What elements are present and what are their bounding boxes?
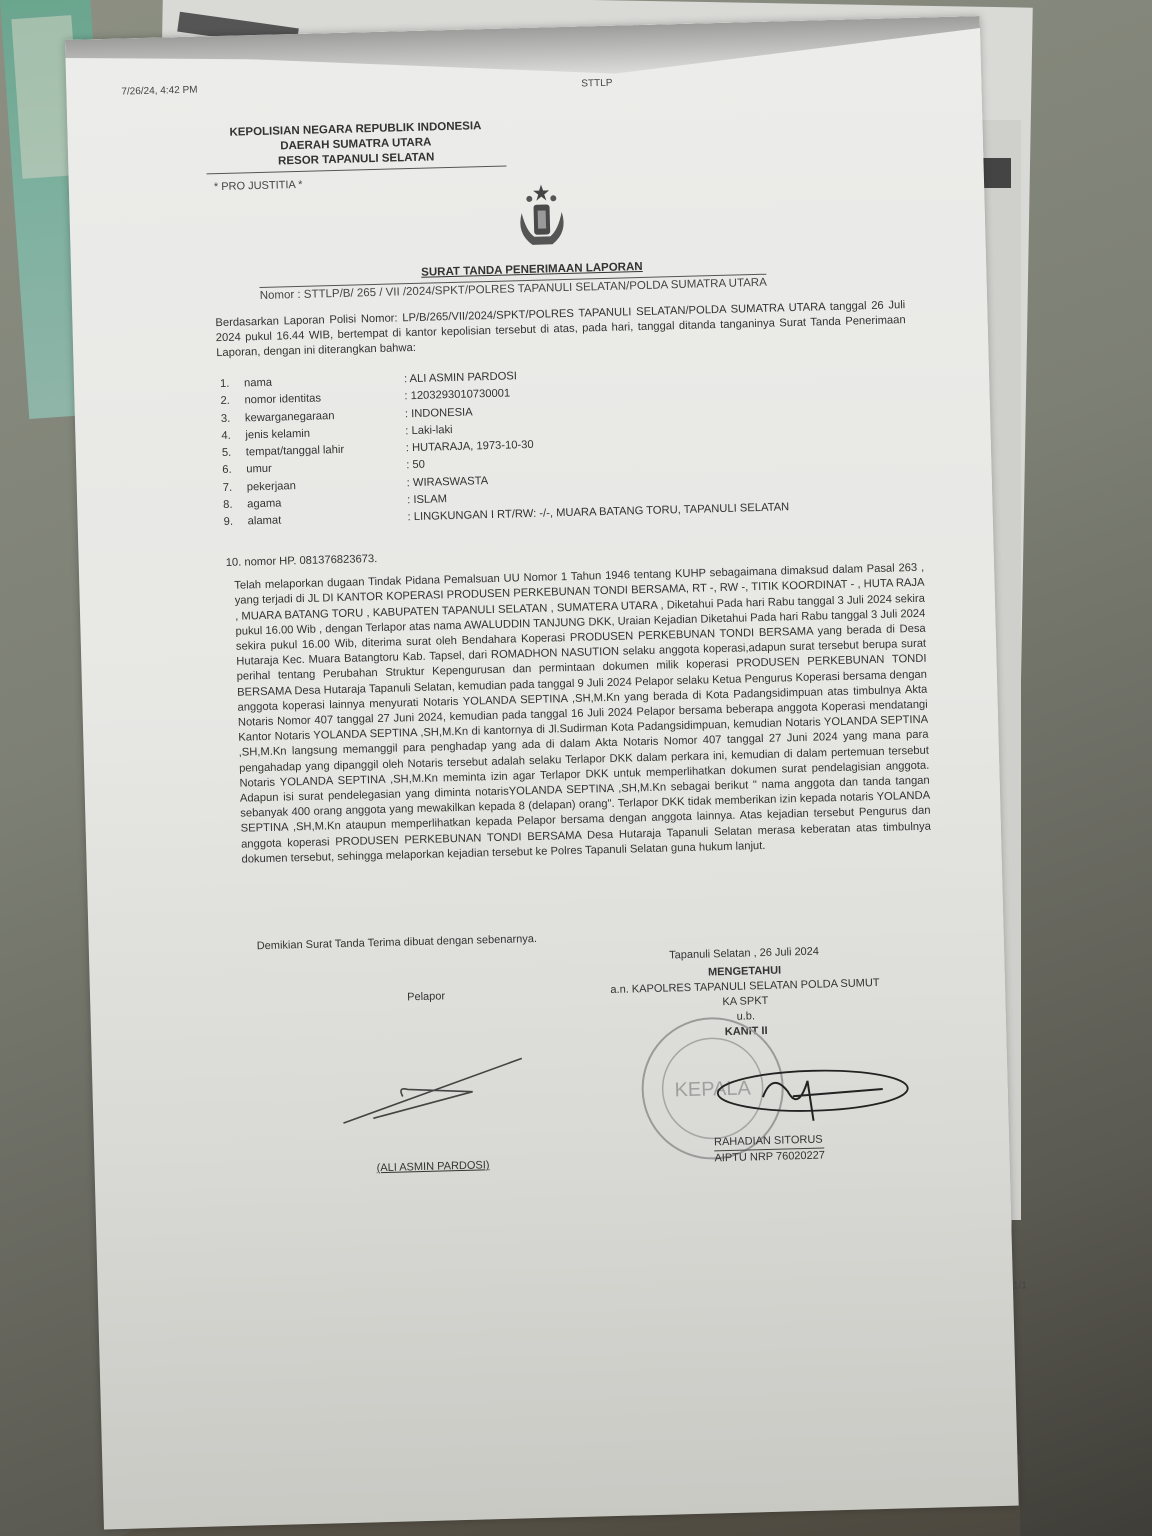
report-narrative: Telah melaporkan dugaan Tindak Pidana Pe…	[234, 561, 931, 868]
identity-number: 6.	[222, 462, 246, 480]
place-date: Tapanuli Selatan , 26 Juli 2024	[669, 946, 819, 962]
identity-number: 9.	[223, 514, 247, 532]
document-page: 7/26/24, 4:42 PM STTLP KEPOLISIAN NEGARA…	[65, 16, 1019, 1529]
identity-number: 5.	[222, 445, 246, 463]
closing-statement: Demikian Surat Tanda Terima dibuat denga…	[257, 933, 537, 952]
identity-number: 8.	[223, 496, 247, 514]
identity-number: 7.	[223, 479, 247, 497]
police-emblem-icon	[509, 182, 575, 254]
intro-paragraph: Berdasarkan Laporan Polisi Nomor: LP/B/2…	[215, 298, 906, 362]
officer-block: RAHADIAN SITORUS AIPTU NRP 76020227	[714, 1132, 825, 1166]
page-number: 1/1	[1013, 1280, 1027, 1291]
pro-justitia: * PRO JUSTITIA *	[214, 179, 303, 193]
reporter-signature	[332, 1048, 534, 1133]
identity-number: 3.	[221, 410, 245, 428]
report-body: 10. nomor HP. 081376823673. Telah melapo…	[234, 538, 932, 868]
officer-signature	[702, 1058, 914, 1133]
identity-number: 4.	[221, 427, 245, 445]
identity-number: 1.	[220, 375, 244, 393]
print-timestamp: 7/26/24, 4:42 PM	[121, 85, 197, 98]
reporter-name: (ALI ASMIN PARDOSI)	[376, 1159, 489, 1174]
identity-number: 2.	[220, 393, 244, 411]
letterhead: KEPOLISIAN NEGARA REPUBLIK INDONESIA DAE…	[205, 119, 506, 175]
identity-list: 1.nama: ALI ASMIN PARDOSI2.nomor identit…	[220, 359, 864, 531]
document-title: SURAT TANDA PENERIMAAN LAPORAN	[421, 261, 643, 279]
identity-label: alamat	[247, 510, 407, 531]
reporter-label: Pelapor	[407, 990, 445, 1003]
officer-rank: AIPTU NRP 76020227	[714, 1148, 825, 1166]
document-number: Nomor : STTLP/B/ 265 / VII /2024/SPKT/PO…	[260, 274, 767, 302]
document-code: STTLP	[581, 78, 612, 90]
